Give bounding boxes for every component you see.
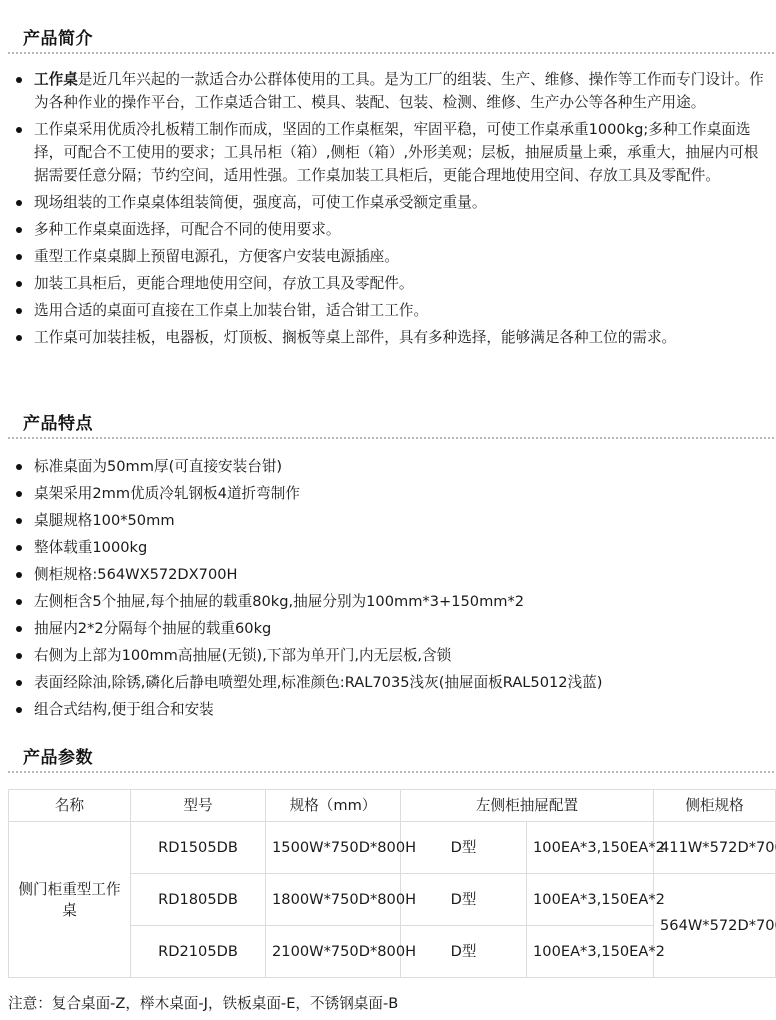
- feature-item: 左侧柜含5个抽屉,每个抽屉的载重80kg,抽屉分别为100mm*3+150mm*…: [0, 590, 776, 613]
- params-heading: 产品参数: [8, 741, 774, 773]
- table-row: 侧门柜重型工作桌 RD1505DB 1500W*750D*800H D型 100…: [9, 822, 776, 874]
- cabinet-spec-cell: 564W*572D*700H: [654, 874, 776, 978]
- intro-list: 工作桌是近几年兴起的一款适合办公群体使用的工具。是为工厂的组装、生产、维修、操作…: [0, 68, 776, 353]
- model-cell: RD1805DB: [131, 874, 266, 926]
- product-page: 产品简介 工作桌是近几年兴起的一款适合办公群体使用的工具。是为工厂的组装、生产、…: [0, 0, 776, 1020]
- intro-item: 工作桌可加装挂板，电器板，灯顶板、搁板等桌上部件，具有多种选择，能够满足各种工位…: [0, 326, 776, 349]
- intro-item: 选用合适的桌面可直接在工作桌上加装台钳，适合钳工工作。: [0, 299, 776, 322]
- feature-item: 标准桌面为50mm厚(可直接安装台钳): [0, 455, 776, 478]
- size-cell: 1800W*750D*800H: [266, 874, 401, 926]
- params-table: 名称 型号 规格（mm） 左侧柜抽屉配置 侧柜规格 侧门柜重型工作桌 RD150…: [8, 789, 776, 978]
- features-title: 产品特点: [23, 409, 93, 434]
- feature-item: 侧柜规格:564WX572DX700H: [0, 563, 776, 586]
- drawer-config-cell: 100EA*3,150EA*2: [527, 874, 654, 926]
- product-name-cell: 侧门柜重型工作桌: [9, 822, 131, 978]
- model-cell: RD1505DB: [131, 822, 266, 874]
- intro-item: 工作桌采用优质冷扎板精工制作而成，坚固的工作桌框架，牢固平稳，可使工作桌承重10…: [0, 118, 776, 187]
- drawer-type-cell: D型: [401, 874, 527, 926]
- intro-item: 现场组装的工作桌桌体组装简便，强度高，可使工作桌承受额定重量。: [0, 191, 776, 214]
- surface-note: 注意：复合桌面-Z，榉木桌面-J，铁板桌面-E，不锈钢桌面-B: [8, 992, 398, 1013]
- header-size: 规格（mm）: [266, 790, 401, 822]
- model-cell: RD2105DB: [131, 926, 266, 978]
- size-cell: 1500W*750D*800H: [266, 822, 401, 874]
- table-header-row: 名称 型号 规格（mm） 左侧柜抽屉配置 侧柜规格: [9, 790, 776, 822]
- feature-item: 整体载重1000kg: [0, 536, 776, 559]
- features-heading: 产品特点: [8, 407, 774, 439]
- size-cell: 2100W*750D*800H: [266, 926, 401, 978]
- drawer-config-cell: 100EA*3,150EA*2: [527, 926, 654, 978]
- features-list: 标准桌面为50mm厚(可直接安装台钳) 桌架采用2mm优质冷轧钢板4道折弯制作 …: [0, 455, 776, 725]
- intro-item: 加装工具柜后，更能合理地使用空间，存放工具及零配件。: [0, 272, 776, 295]
- intro-item-bold: 工作桌: [34, 71, 78, 88]
- drawer-type-cell: D型: [401, 822, 527, 874]
- intro-heading: 产品简介: [8, 22, 774, 54]
- feature-item: 表面经除油,除锈,磷化后静电喷塑处理,标准颜色:RAL7035浅灰(抽屉面板RA…: [0, 671, 776, 694]
- header-cabinet-spec: 侧柜规格: [654, 790, 776, 822]
- intro-title: 产品简介: [23, 24, 93, 49]
- feature-item: 抽屉内2*2分隔每个抽屉的载重60kg: [0, 617, 776, 640]
- feature-item: 组合式结构,便于组合和安装: [0, 698, 776, 721]
- intro-item: 多种工作桌桌面选择，可配合不同的使用要求。: [0, 218, 776, 241]
- drawer-type-cell: D型: [401, 926, 527, 978]
- feature-item: 右侧为上部为100mm高抽屉(无锁),下部为单开门,内无层板,含锁: [0, 644, 776, 667]
- intro-item: 重型工作桌桌脚上预留电源孔，方便客户安装电源插座。: [0, 245, 776, 268]
- feature-item: 桌架采用2mm优质冷轧钢板4道折弯制作: [0, 482, 776, 505]
- cabinet-spec-cell: 411W*572D*700H: [654, 822, 776, 874]
- header-drawer-config: 左侧柜抽屉配置: [401, 790, 654, 822]
- params-title: 产品参数: [23, 743, 93, 768]
- header-model: 型号: [131, 790, 266, 822]
- drawer-config-cell: 100EA*3,150EA*2: [527, 822, 654, 874]
- feature-item: 桌腿规格100*50mm: [0, 509, 776, 532]
- header-name: 名称: [9, 790, 131, 822]
- intro-item: 工作桌是近几年兴起的一款适合办公群体使用的工具。是为工厂的组装、生产、维修、操作…: [0, 68, 776, 114]
